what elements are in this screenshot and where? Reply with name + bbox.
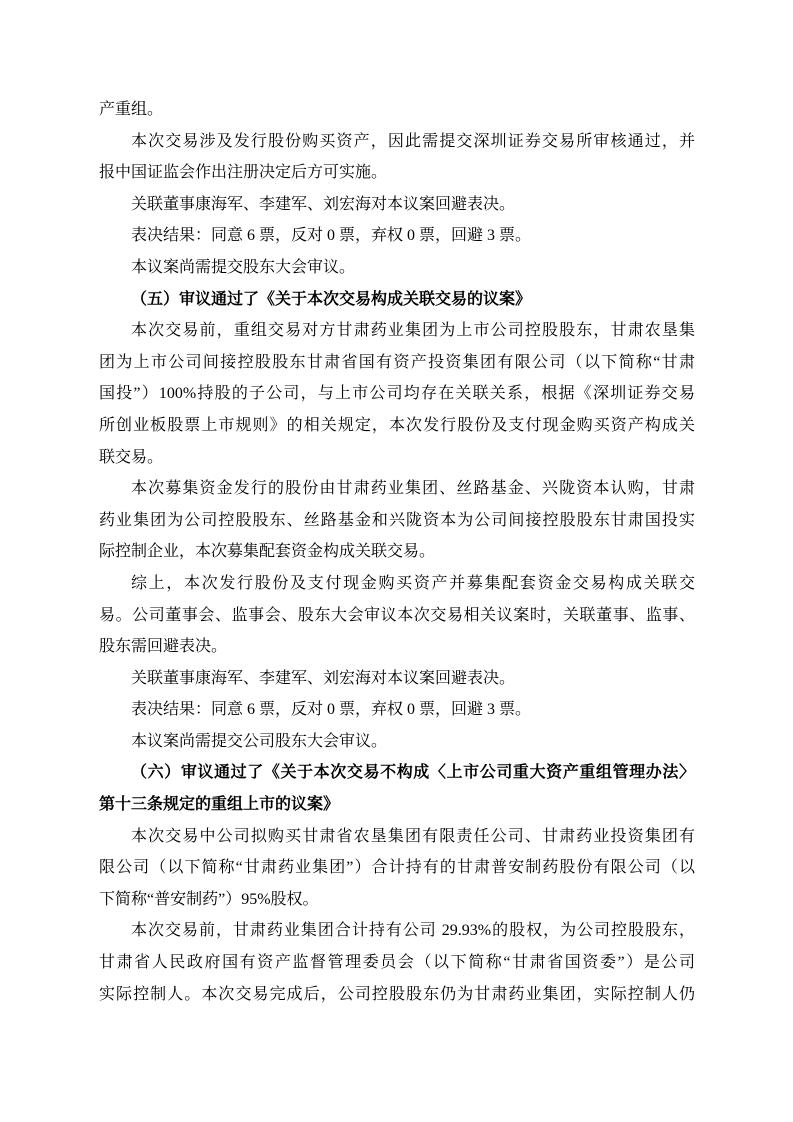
body-text-line: 际控制企业，本次募集配套资金构成关联交易。 <box>99 536 695 568</box>
body-text-line: 限公司（以下简称“甘肃药业集团”）合计持有的甘肃普安制药股份有限公司（以 <box>99 852 695 884</box>
body-text-line: 本议案尚需提交公司股东大会审议。 <box>99 726 695 758</box>
section-heading-line: （五）审议通过了《关于本次交易构成关联交易的议案》 <box>99 284 695 316</box>
body-text-line: 甘肃省人民政府国有资产监督管理委员会（以下简称“甘肃省国资委”）是公司 <box>99 947 695 979</box>
document-body: 产重组。本次交易涉及发行股份购买资产，因此需提交深圳证券交易所审核通过，并报中国… <box>99 94 695 1010</box>
body-text-line: 本次交易涉及发行股份购买资产，因此需提交深圳证券交易所审核通过，并 <box>99 126 695 158</box>
body-text-line: 表决结果：同意 6 票，反对 0 票，弃权 0 票，回避 3 票。 <box>99 220 695 252</box>
document-page: 产重组。本次交易涉及发行股份购买资产，因此需提交深圳证券交易所审核通过，并报中国… <box>0 0 793 1122</box>
body-text-line: 实际控制人。本次交易完成后，公司控股股东仍为甘肃药业集团，实际控制人仍 <box>99 979 695 1011</box>
body-text-line: 本议案尚需提交股东大会审议。 <box>99 252 695 284</box>
body-text-line: 关联董事康海军、李建军、刘宏海对本议案回避表决。 <box>99 189 695 221</box>
body-text-line: 综上，本次发行股份及支付现金购买资产并募集配套资金交易构成关联交 <box>99 568 695 600</box>
body-text-line: 关联董事康海军、李建军、刘宏海对本议案回避表决。 <box>99 663 695 695</box>
body-text-line: 本次交易前，重组交易对方甘肃药业集团为上市公司控股股东，甘肃农垦集 <box>99 315 695 347</box>
body-text-line: 股东需回避表决。 <box>99 631 695 663</box>
body-text-line: 本次交易前，甘肃药业集团合计持有公司 29.93%的股权，为公司控股股东， <box>99 915 695 947</box>
body-text-line: 国投”）100%持股的子公司，与上市公司均存在关联关系，根据《深圳证券交易 <box>99 378 695 410</box>
body-text-line: 产重组。 <box>99 94 695 126</box>
body-text-line: 本次募集资金发行的股份由甘肃药业集团、丝路基金、兴陇资本认购，甘肃 <box>99 473 695 505</box>
section-heading-line: （六）审议通过了《关于本次交易不构成〈上市公司重大资产重组管理办法〉 <box>99 757 695 789</box>
body-text-line: 易。公司董事会、监事会、股东大会审议本次交易相关议案时，关联董事、监事、 <box>99 600 695 632</box>
body-text-line: 下简称“普安制药”）95%股权。 <box>99 884 695 916</box>
body-text-line: 表决结果：同意 6 票，反对 0 票，弃权 0 票，回避 3 票。 <box>99 694 695 726</box>
section-heading-line: 第十三条规定的重组上市的议案》 <box>99 789 695 821</box>
body-text-line: 药业集团为公司控股股东、丝路基金和兴陇资本为公司间接控股股东甘肃国投实 <box>99 505 695 537</box>
body-text-line: 所创业板股票上市规则》的相关规定，本次发行股份及支付现金购买资产构成关 <box>99 410 695 442</box>
body-text-line: 报中国证监会作出注册决定后方可实施。 <box>99 157 695 189</box>
body-text-line: 联交易。 <box>99 442 695 474</box>
body-text-line: 团为上市公司间接控股股东甘肃省国有资产投资集团有限公司（以下简称“甘肃 <box>99 347 695 379</box>
body-text-line: 本次交易中公司拟购买甘肃省农垦集团有限责任公司、甘肃药业投资集团有 <box>99 821 695 853</box>
